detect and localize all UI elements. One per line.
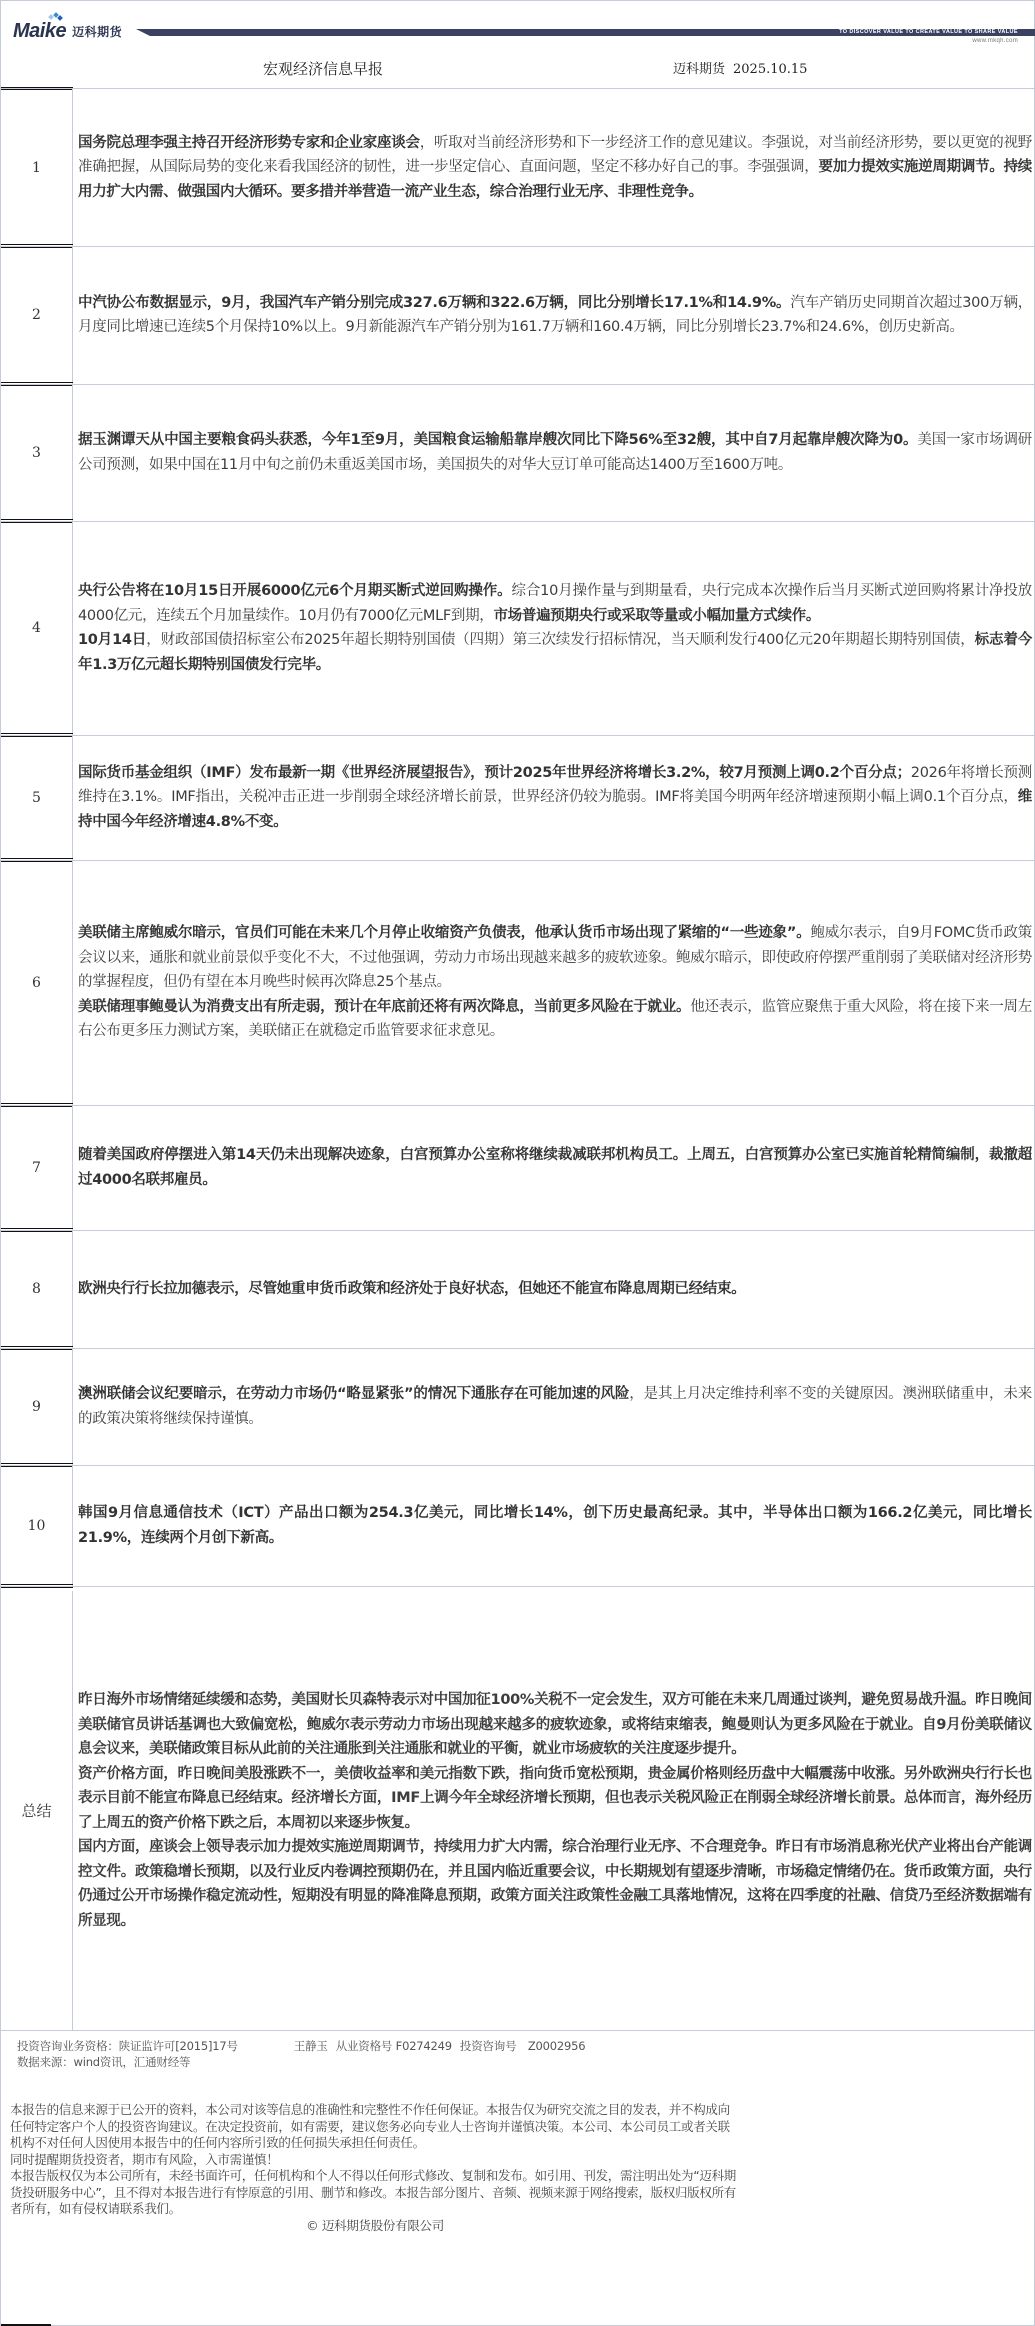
row-divider-double	[1, 1584, 73, 1588]
highlight-text: 美联储主席鲍威尔暗示，官员们可能在未来几个月停止收缩资产负债表，他承认货币市场出…	[78, 925, 810, 941]
highlight-text: 随着美国政府停摆进入第14天仍未出现解决迹象，白宫预算办公室称将继续裁减联邦机构…	[78, 1147, 1032, 1188]
news-content: 随着美国政府停摆进入第14天仍未出现解决迹象，白宫预算办公室称将继续裁减联邦机构…	[73, 1105, 1035, 1230]
copyright-notice: 本报告版权仅为本公司所有，未经书面许可，任何机构和个人不得以任何形式修改、复制和…	[10, 2168, 740, 2218]
news-row: 5国际货币基金组织（IMF）发布最新一期《世界经济展望报告》，预计2025年世界…	[1, 735, 1035, 860]
logo-latin: Maike	[13, 20, 66, 43]
news-content: 国际货币基金组织（IMF）发布最新一期《世界经济展望报告》，预计2025年世界经…	[73, 735, 1035, 860]
row-divider	[1, 1586, 1035, 1587]
highlight-text: 中汽协公布数据显示，9月，我国汽车产销分别完成327.6万辆和322.6万辆，同…	[78, 295, 790, 311]
news-content: 韩国9月信息通信技术（ICT）产品出口额为254.3亿美元，同比增长14%，创下…	[73, 1465, 1035, 1586]
news-row: 8欧洲央行行长拉加德表示，尽管她重申货币政策和经济处于良好状态，但她还不能宣布降…	[1, 1230, 1035, 1348]
news-content: 美联储主席鲍威尔暗示，官员们可能在未来几个月停止收缩资产负债表，他承认货币市场出…	[73, 860, 1035, 1105]
website-link[interactable]: www.mkqh.com	[972, 38, 1018, 44]
license-label: 从业资格号	[336, 2039, 393, 2053]
news-content: 欧洲央行行长拉加德表示，尽管她重申货币政策和经济处于良好状态，但她还不能宣布降息…	[73, 1230, 1035, 1348]
row-number: 4	[1, 521, 73, 735]
highlight-text: 美联储理事鲍曼认为消费支出有所走弱，预计在年底前还将有两次降息，当前更多风险在于…	[78, 999, 690, 1015]
summary-row: 总结昨日海外市场情绪延续缓和态势，美国财长贝森特表示对中国加征100%关税不一定…	[1, 1591, 1035, 2030]
top-divider	[1, 0, 1035, 1]
news-row: 4央行公告将在10月15日开展6000亿元6个月期买断式逆回购操作。综合10月操…	[1, 521, 1035, 735]
report-date: 2025.10.15	[733, 62, 807, 77]
highlight-text: 10月14日	[78, 632, 146, 648]
news-text: 国务院总理李强主持召开经济形势专家和企业家座谈会，听取对当前经济形势和下一步经济…	[78, 131, 1032, 205]
highlight-text: 韩国9月信息通信技术（ICT）产品出口额为254.3亿美元，同比增长14%，创下…	[78, 1505, 1032, 1546]
row-number: 3	[1, 384, 73, 521]
summary-paragraph: 资产价格方面，昨日晚间美股涨跌不一，美债收益率和美元指数下跌，指向货币宽松预期，…	[78, 1762, 1032, 1836]
news-row: 9澳洲联储会议纪要暗示，在劳动力市场仍“略显紧张”的情况下通胀存在可能加速的风险…	[1, 1348, 1035, 1465]
report-footer: 投资咨询业务资格：陕证监许可[2015]17号王静玉从业资格号 F0274249…	[1, 2030, 1035, 2326]
news-row: 2中汽协公布数据显示，9月，我国汽车产销分别完成327.6万辆和322.6万辆，…	[1, 246, 1035, 384]
news-text: 随着美国政府停摆进入第14天仍未出现解决迹象，白宫预算办公室称将继续裁减联邦机构…	[78, 1143, 1032, 1192]
news-text: 美联储主席鲍威尔暗示，官员们可能在未来几个月停止收缩资产负债表，他承认货币市场出…	[78, 921, 1032, 1044]
body-text: ，财政部国债招标室公布2025年超长期特别国债（四期）第三次续发行招标情况，当天…	[146, 632, 974, 648]
news-text: 澳洲联储会议纪要暗示，在劳动力市场仍“略显紧张”的情况下通胀存在可能加速的风险，…	[78, 1382, 1032, 1431]
news-text: 欧洲央行行长拉加德表示，尽管她重申货币政策和经济处于良好状态，但她还不能宣布降息…	[78, 1277, 745, 1302]
highlight-text: 央行公告将在10月15日开展6000亿元6个月期买断式逆回购操作。	[78, 583, 511, 599]
row-number: 9	[1, 1348, 73, 1465]
summary-paragraph: 昨日海外市场情绪延续缓和态势，美国财长贝森特表示对中国加征100%关税不一定会发…	[78, 1688, 1032, 1762]
row-number: 10	[1, 1465, 73, 1586]
news-text: 国际货币基金组织（IMF）发布最新一期《世界经济展望报告》，预计2025年世界经…	[78, 761, 1032, 835]
risk-warning: 同时提醒期货投资者，期市有风险，入市需谨慎！	[10, 2152, 740, 2169]
company-name: 迈科期货	[673, 62, 725, 77]
news-row: 1国务院总理李强主持召开经济形势专家和企业家座谈会，听取对当前经济形势和下一步经…	[1, 89, 1035, 246]
summary-content: 昨日海外市场情绪延续缓和态势，美国财长贝森特表示对中国加征100%关税不一定会发…	[73, 1591, 1035, 2030]
highlight-text: 国务院总理李强主持召开经济形势专家和企业家座谈会	[78, 135, 420, 151]
row-number: 5	[1, 735, 73, 860]
report-meta: 迈科期货2025.10.15	[673, 58, 807, 77]
disclaimer: 本报告的信息来源于已公开的资料，本公司对该等信息的准确性和完整性不作任何保证。本…	[10, 2102, 740, 2234]
license-number: F0274249	[396, 2039, 452, 2053]
news-text: 央行公告将在10月15日开展6000亿元6个月期买断式逆回购操作。综合10月操作…	[78, 579, 1032, 677]
row-number: 8	[1, 1230, 73, 1348]
row-number: 6	[1, 860, 73, 1105]
highlight-text: 欧洲央行行长拉加德表示，尽管她重申货币政策和经济处于良好状态，但她还不能宣布降息…	[78, 1281, 745, 1297]
data-source: 数据来源：wind资讯，汇通财经等	[17, 2054, 585, 2070]
news-row: 6 美联储主席鲍威尔暗示，官员们可能在未来几个月停止收缩资产负债表，他承认货币市…	[1, 860, 1035, 1105]
row-number: 7	[1, 1105, 73, 1230]
consult-label: 投资咨询号	[460, 2039, 517, 2053]
report-title: 宏观经济信息早报	[263, 58, 383, 79]
news-row: 7随着美国政府停摆进入第14天仍未出现解决迹象，白宫预算办公室称将继续裁减联邦机…	[1, 1105, 1035, 1230]
summary-label: 总结	[1, 1591, 73, 2030]
highlight-text: 国际货币基金组织（IMF）发布最新一期《世界经济展望报告》，预计2025年世界经…	[78, 765, 911, 781]
summary-paragraph: 国内方面，座谈会上领导表示加力提效实施逆周期调节，持续用力扩大内需，综合治理行业…	[78, 1835, 1032, 1933]
news-text: 韩国9月信息通信技术（ICT）产品出口额为254.3亿美元，同比增长14%，创下…	[78, 1501, 1032, 1550]
row-number: 2	[1, 246, 73, 384]
news-content: 中汽协公布数据显示，9月，我国汽车产销分别完成327.6万辆和322.6万辆，同…	[73, 246, 1035, 384]
disclaimer-paragraph: 本报告的信息来源于已公开的资料，本公司对该等信息的准确性和完整性不作任何保证。本…	[10, 2102, 740, 2152]
summary-text: 昨日海外市场情绪延续缓和态势，美国财长贝森特表示对中国加征100%关税不一定会发…	[78, 1688, 1032, 1933]
highlight-text: 市场普遍预期央行或采取等量或小幅加量方式续作。	[493, 608, 820, 624]
analyst-name: 王静玉	[294, 2039, 328, 2053]
slogan: TO DISCOVER VALUE TO CREATE VALUE TO SHA…	[839, 29, 1018, 36]
news-content: 国务院总理李强主持召开经济形势专家和企业家座谈会，听取对当前经济形势和下一步经济…	[73, 89, 1035, 246]
news-content: 澳洲联储会议纪要暗示，在劳动力市场仍“略显紧张”的情况下通胀存在可能加速的风险，…	[73, 1348, 1035, 1465]
copyright: © 迈科期货股份有限公司	[10, 2218, 740, 2235]
company-logo: Maike 迈科期货	[13, 20, 122, 42]
news-text: 中汽协公布数据显示，9月，我国汽车产销分别完成327.6万辆和322.6万辆，同…	[78, 291, 1032, 340]
highlight-text: 澳洲联储会议纪要暗示，在劳动力市场仍“略显紧张”的情况下通胀存在可能加速的风险	[78, 1386, 629, 1402]
news-content: 据玉渊谭天从中国主要粮食码头获悉，今年1至9月，美国粮食运输船靠岸艘次同比下降5…	[73, 384, 1035, 521]
logo-diamond-icon	[49, 13, 61, 19]
news-row: 3据玉渊谭天从中国主要粮食码头获悉，今年1至9月，美国粮食运输船靠岸艘次同比下降…	[1, 384, 1035, 521]
logo-chinese: 迈科期货	[72, 23, 122, 40]
news-content: 央行公告将在10月15日开展6000亿元6个月期买断式逆回购操作。综合10月操作…	[73, 521, 1035, 735]
news-row: 10韩国9月信息通信技术（ICT）产品出口额为254.3亿美元，同比增长14%，…	[1, 1465, 1035, 1586]
consult-number: Z0002956	[528, 2039, 586, 2053]
report-page: Maike 迈科期货 TO DISCOVER VALUE TO CREATE V…	[0, 0, 1035, 2326]
row-number: 1	[1, 89, 73, 246]
report-header: Maike 迈科期货 TO DISCOVER VALUE TO CREATE V…	[1, 0, 1035, 88]
highlight-text: 据玉渊谭天从中国主要粮食码头获悉，今年1至9月，美国粮食运输船靠岸艘次同比下降5…	[78, 432, 917, 448]
news-text: 据玉渊谭天从中国主要粮食码头获悉，今年1至9月，美国粮食运输船靠岸艘次同比下降5…	[78, 428, 1032, 477]
qualification-block: 投资咨询业务资格：陕证监许可[2015]17号王静玉从业资格号 F0274249…	[17, 2038, 585, 2070]
qualification-text: 投资咨询业务资格：陕证监许可[2015]17号	[17, 2039, 238, 2053]
